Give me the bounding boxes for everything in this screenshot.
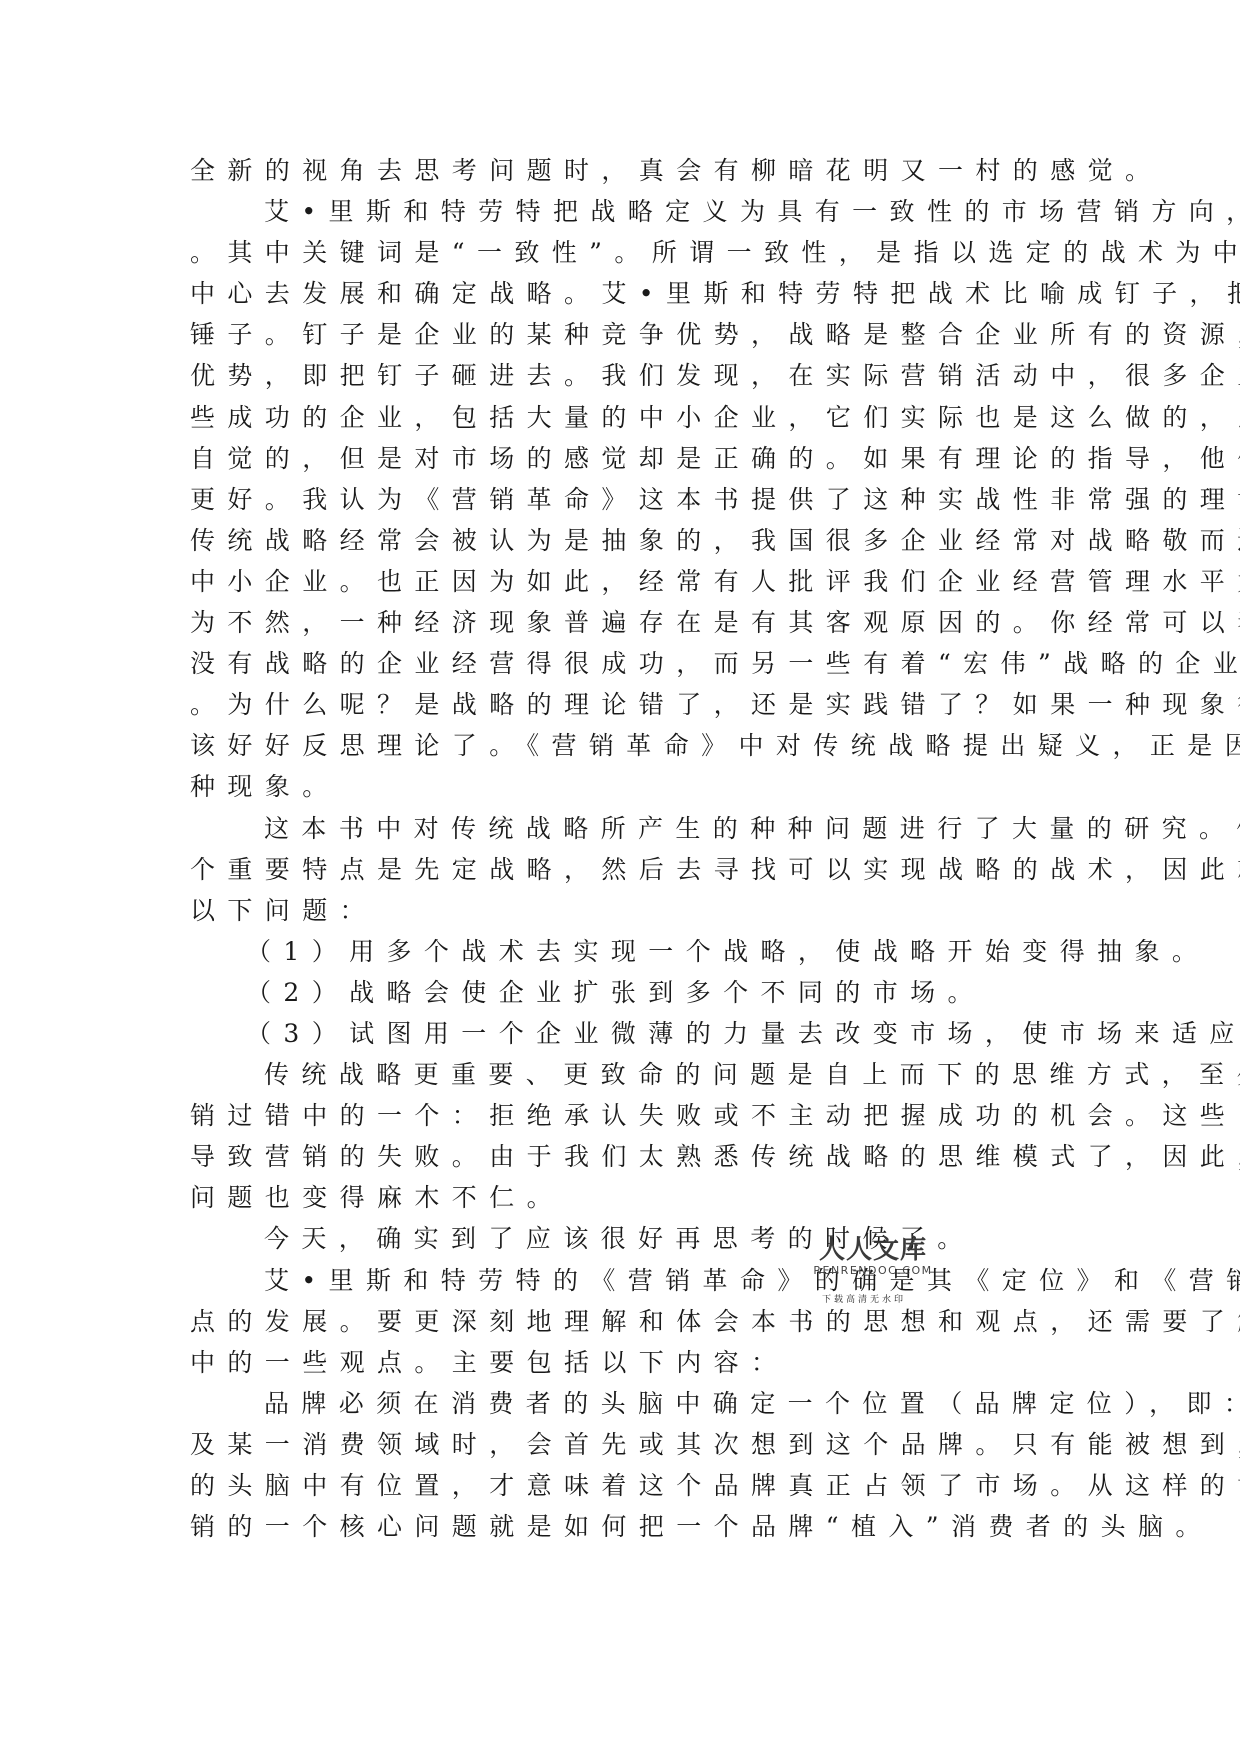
document-page: 全新的视角去思考问题时，真会有柳暗花明又一村的感觉。艾•里斯和特劳特把战略定义为…: [190, 150, 1052, 1547]
text-line: 中的一些观点。主要包括以下内容：: [190, 1342, 1052, 1383]
text-line: 。为什么呢？是战略的理论错了，还是实践错了？如果一种现象很普遍，就应: [190, 684, 1052, 725]
text-line: 这本书中对传统战略所产生的种种问题进行了大量的研究。传统战略的一: [190, 808, 1052, 849]
text-line: 品牌必须在消费者的头脑中确定一个位置（品牌定位），即：当消费者涉: [190, 1383, 1052, 1424]
text-line: 艾•里斯和特劳特把战略定义为具有一致性的市场营销方向，而不是目标: [190, 191, 1052, 232]
text-line: 点的发展。要更深刻地理解和体会本书的思想和观点，还需要了解在前两本书: [190, 1301, 1052, 1342]
text-line: 为不然，一种经济现象普遍存在是有其客观原因的。你经常可以看到，有一些: [190, 602, 1052, 643]
text-line: 没有战略的企业经营得很成功，而另一些有着“宏伟”战略的企业却步履艰难: [190, 643, 1052, 684]
text-line: （1）用多个战术去实现一个战略，使战略开始变得抽象。: [190, 931, 1052, 972]
text-line: 及某一消费领域时，会首先或其次想到这个品牌。只有能被想到，能在消费者: [190, 1424, 1052, 1465]
text-line: 自觉的，但是对市场的感觉却是正确的。如果有理论的指导，他们也许能做得: [190, 438, 1052, 479]
text-line: 些成功的企业，包括大量的中小企业，它们实际也是这么做的，虽然做法是不: [190, 397, 1052, 438]
text-line: 传统战略经常会被认为是抽象的，我国很多企业经常对战略敬而远之，尤其是: [190, 520, 1052, 561]
text-line: 问题也变得麻木不仁。: [190, 1177, 1052, 1218]
text-line: 全新的视角去思考问题时，真会有柳暗花明又一村的感觉。: [190, 150, 1052, 191]
text-line: 的头脑中有位置，才意味着这个品牌真正占领了市场。从这样的认识出发，营: [190, 1465, 1052, 1506]
text-line: 销的一个核心问题就是如何把一个品牌“植入”消费者的头脑。: [190, 1506, 1052, 1547]
text-line: 中小企业。也正因为如此，经常有人批评我们企业经营管理水平太低。我们认: [190, 561, 1052, 602]
text-line: 锤子。钉子是企业的某种竞争优势，战略是整合企业所有的资源，去扩大这个: [190, 314, 1052, 355]
text-line: 导致营销的失败。由于我们太熟悉传统战略的思维模式了，因此，对它产生的: [190, 1136, 1052, 1177]
text-line: 个重要特点是先定战略，然后去寻找可以实现战略的战术，因此就会普遍出现: [190, 849, 1052, 890]
text-line: （3）试图用一个企业微薄的力量去改变市场，使市场来适应战略等等。: [190, 1013, 1052, 1054]
text-line: 艾•里斯和特劳特的《营销革命》的确是其《定位》和《营销战》基本观: [190, 1260, 1052, 1301]
watermark-subtitle: 下载高清无水印: [822, 1292, 906, 1305]
text-line: 销过错中的一个：拒绝承认失败或不主动把握成功的机会。这些问题都会最终: [190, 1095, 1052, 1136]
text-line: 中心去发展和确定战略。艾•里斯和特劳特把战术比喻成钉子，把战略比喻作: [190, 273, 1052, 314]
text-line: 该好好反思理论了。《营销革命》中对传统战略提出疑义，正是因为看到了这: [190, 725, 1052, 766]
text-line: （2）战略会使企业扩张到多个不同的市场。: [190, 972, 1052, 1013]
text-line: 今天，确实到了应该很好再思考的时候了。: [190, 1218, 1052, 1259]
text-line: 更好。我认为《营销革命》这本书提供了这种实战性非常强的理论。: [190, 479, 1052, 520]
text-line: 种现象。: [190, 766, 1052, 807]
text-line: 优势，即把钉子砸进去。我们发现，在实际营销活动中，很多企业，尤其是一: [190, 355, 1052, 396]
text-line: 传统战略更重要、更致命的问题是自上而下的思维方式，至少犯了两个营: [190, 1054, 1052, 1095]
text-line: 。其中关键词是“一致性”。所谓一致性，是指以选定的战术为中心，从这个: [190, 232, 1052, 273]
text-line: 以下问题：: [190, 890, 1052, 931]
